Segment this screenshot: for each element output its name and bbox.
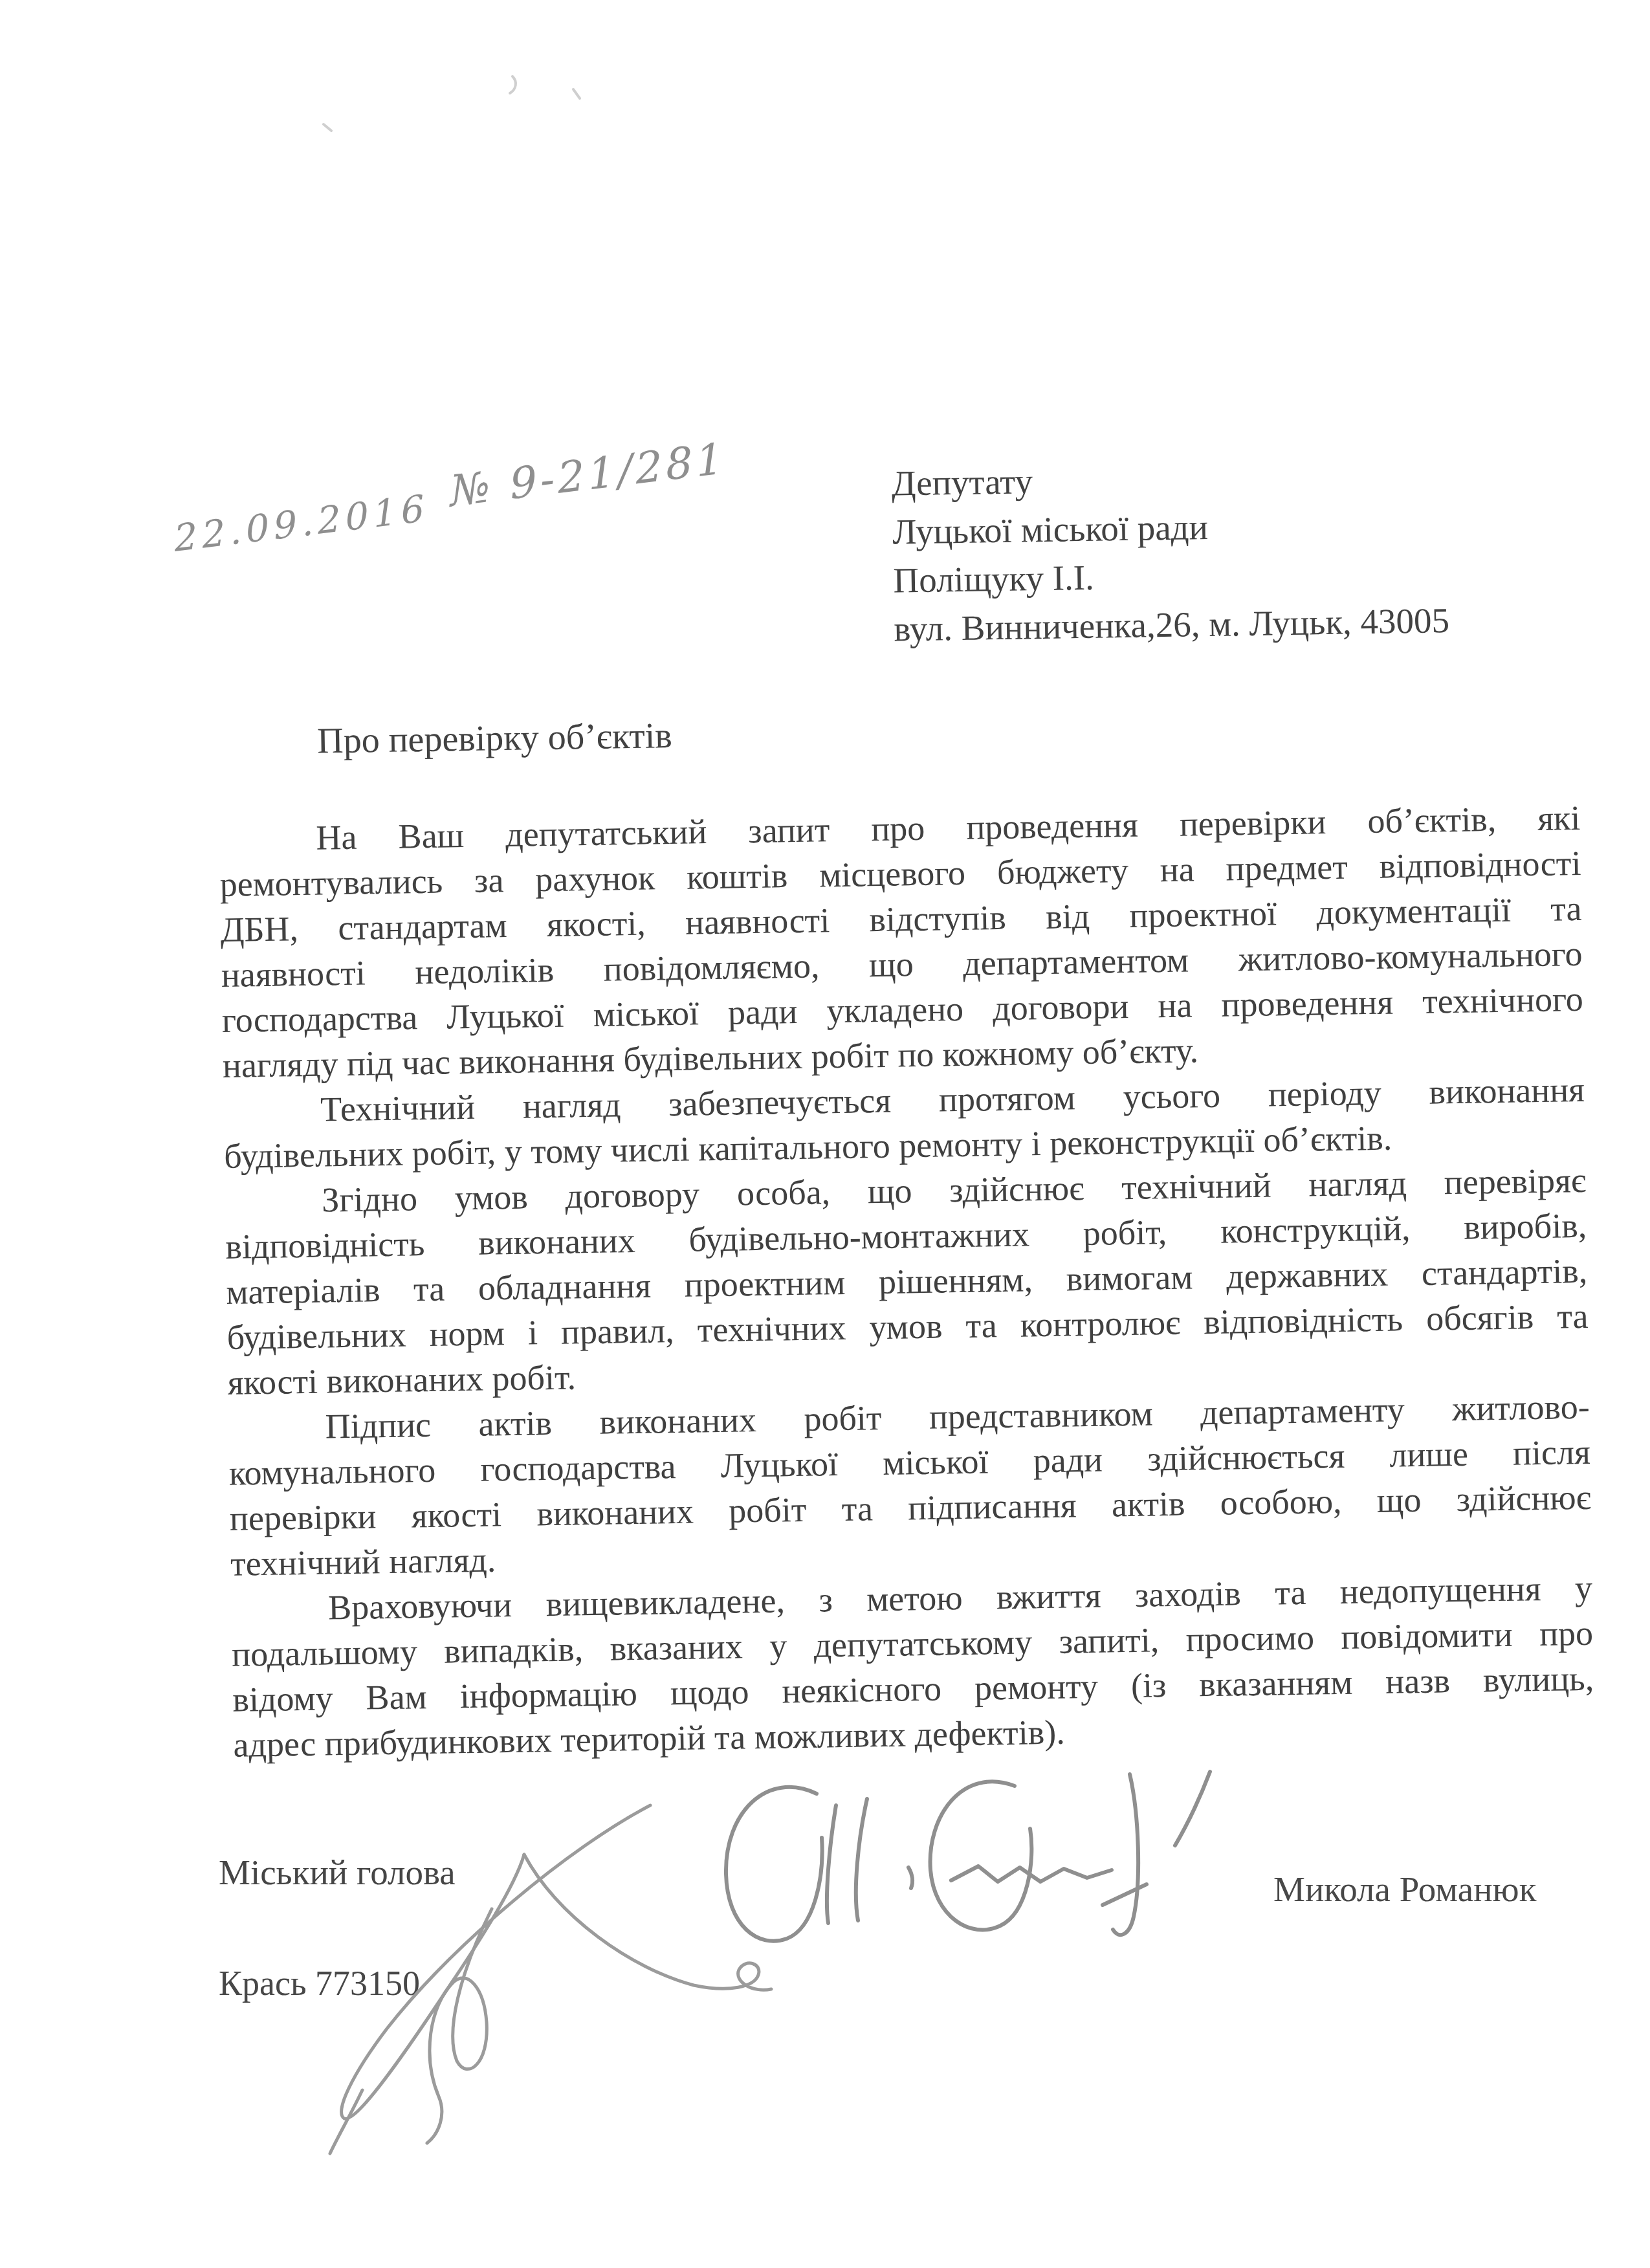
signer-name: Микола Романюк: [1273, 1869, 1536, 1910]
executor-note: Крась 773150: [219, 1963, 420, 2003]
subject-line: Про перевірку об’єктів: [317, 715, 673, 762]
recipient-block: ДепутатуЛуцької міської радиПоліщуку І.І…: [891, 448, 1619, 654]
letter-content: 22.09.2016№ 9-21/281 ДепутатуЛуцької міс…: [0, 0, 1650, 2268]
registration-date: 22.09.2016: [173, 487, 430, 560]
handwritten-registration-note: 22.09.2016№ 9-21/281: [173, 445, 729, 577]
letter-body: На Ваш депутатський запит про проведення…: [219, 795, 1595, 1768]
signer-title: Міський голова: [219, 1852, 456, 1893]
scanned-letter-page: 22.09.2016№ 9-21/281 ДепутатуЛуцької міс…: [0, 0, 1650, 2268]
registration-number: № 9-21/281: [448, 434, 727, 517]
